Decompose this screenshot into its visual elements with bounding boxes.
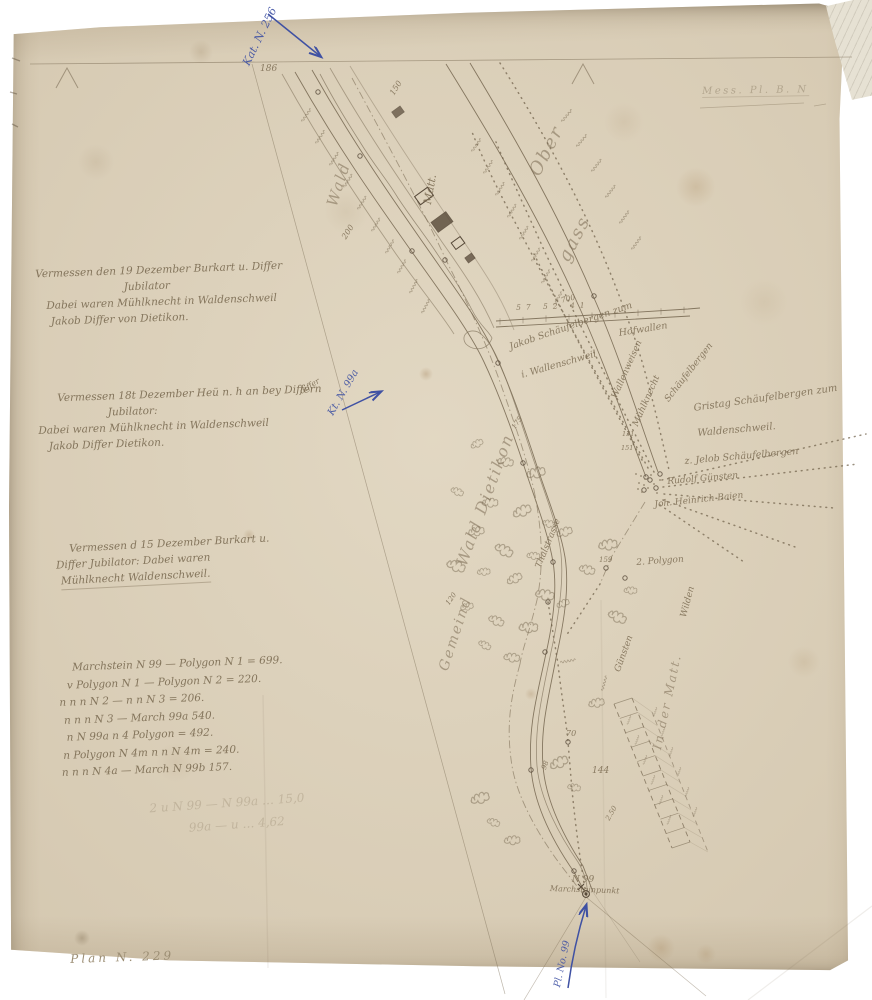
blue-arrow-top-icon	[268, 14, 320, 56]
map-label: N 99	[572, 875, 594, 885]
map-label: 144	[592, 766, 609, 776]
map-label: 70	[566, 729, 576, 738]
map-label: 186	[260, 64, 277, 74]
map-label: 159	[599, 556, 612, 564]
ruled-top-line	[30, 57, 852, 108]
survey-note-block-2: Vermessen 18t Dezember Heü n. h an bey D…	[37, 381, 324, 455]
scanned-map-page: Vermessen den 19 Dezember Burkart u. Dif…	[0, 0, 872, 1000]
survey-note-block-1: Vermessen den 19 Dezember Burkart u. Dif…	[35, 258, 284, 331]
construction-lines	[252, 64, 872, 1000]
map-label: 151	[621, 444, 633, 452]
faint-stamp-text: Mess. Pl. B. N	[702, 84, 809, 98]
polygon-distance-table: Marchstein N 99 — Polygon N 1 = 699. v P…	[58, 652, 287, 782]
edge-nicks	[10, 58, 20, 127]
map-label: 131	[622, 430, 634, 438]
